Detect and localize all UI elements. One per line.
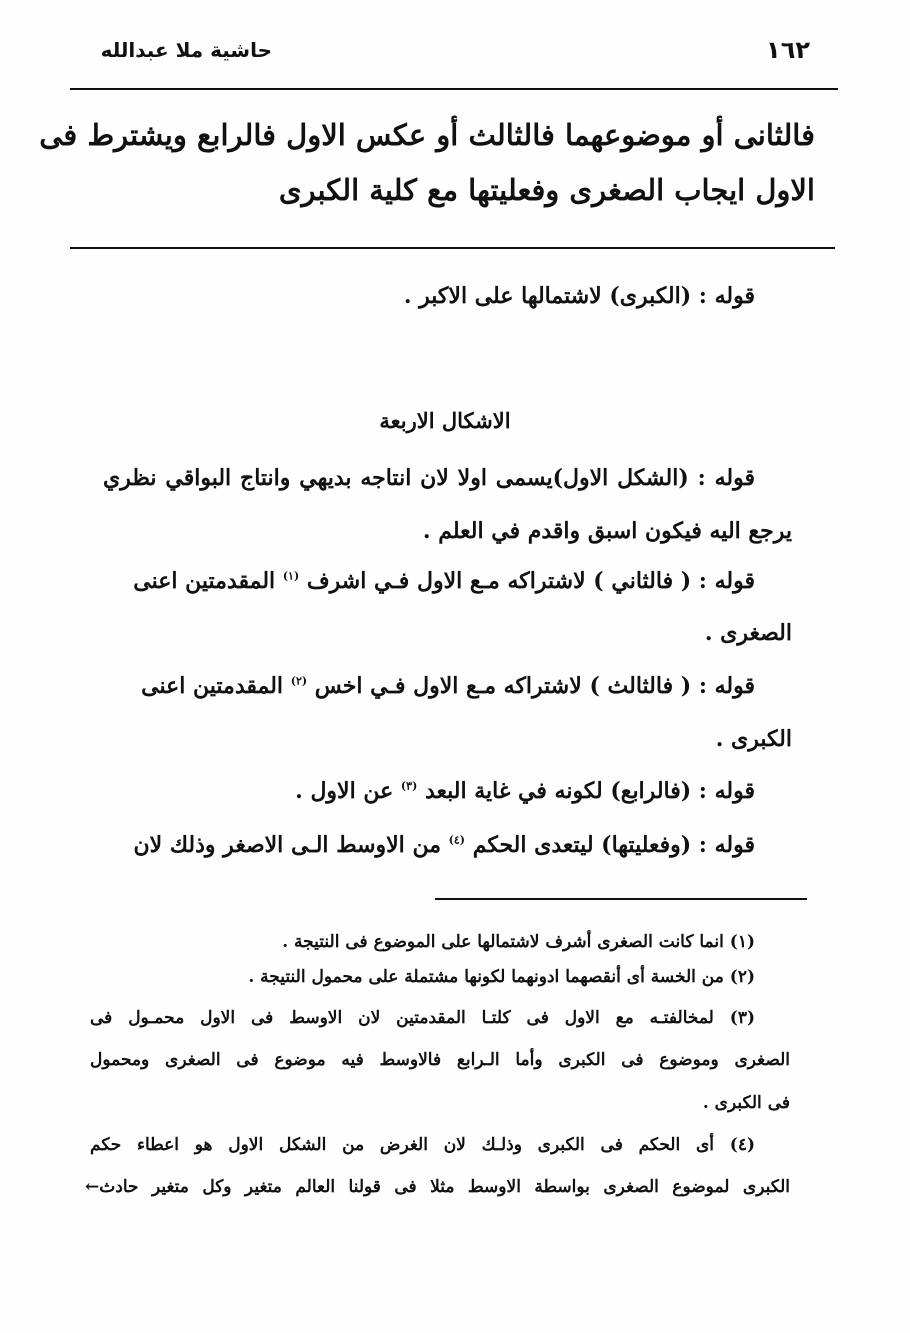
footnote-ref-1[interactable]: (١) bbox=[283, 570, 299, 583]
section-heading: الاشكال الاربعة bbox=[330, 408, 560, 433]
book-page: حاشية ملا عبدالله ١٦٢ فالثانى أو موضوعهم… bbox=[0, 0, 910, 1333]
footnote-number: (٤) bbox=[730, 1135, 755, 1155]
footnote-ref-2[interactable]: (٢) bbox=[291, 675, 307, 688]
qawluhu-keyword: قوله bbox=[715, 283, 755, 309]
running-title: حاشية ملا عبدالله bbox=[112, 38, 272, 62]
matn-line-2: الاول ايجاب الصغرى وفعليتها مع كلية الكب… bbox=[300, 173, 815, 207]
comment-shakl-awwal-line-2: يرجع اليه فيكون اسبق واقدم في العلم . bbox=[380, 518, 792, 544]
qawluhu-keyword: قوله bbox=[715, 778, 755, 804]
qawluhu-keyword: قوله bbox=[715, 465, 755, 491]
header-divider bbox=[70, 88, 838, 90]
footnote-ref-3[interactable]: (٣) bbox=[401, 780, 417, 793]
qawluhu-keyword: قوله bbox=[715, 832, 755, 858]
comment-shakl-awwal-line-1: قوله : (الشكل الاول)يسمى اولا لان انتاجه… bbox=[103, 465, 755, 491]
comment-thani-line-1: قوله : ( فالثاني ) لاشتراكه مـع الاول فـ… bbox=[100, 568, 755, 594]
comment-kubra: قوله : (الكبرى) لاشتمالها على الاكبر . bbox=[300, 283, 755, 309]
footnote-number: (٢) bbox=[730, 967, 755, 987]
footnote-4-line-1: (٤) أى الحكم فى الكبرى وذلـك لان الغرض م… bbox=[90, 1135, 755, 1155]
comment-filiyyatuha: قوله : (وفعليتها) ليتعدى الحكم (٤) من ال… bbox=[95, 832, 755, 858]
matn-divider bbox=[70, 247, 835, 249]
footnote-2: (٢) من الخسة أى أنقصهما ادونهما لكونها م… bbox=[150, 967, 755, 987]
footnote-number: (٣) bbox=[730, 1008, 755, 1028]
comment-thalith-line-2: الكبرى . bbox=[640, 726, 792, 752]
footnote-ref-4[interactable]: (٤) bbox=[449, 834, 465, 847]
qawluhu-keyword: قوله bbox=[715, 568, 755, 594]
matn-line-1: فالثانى أو موضوعهما فالثالث أو عكس الاول… bbox=[100, 118, 815, 152]
footnote-separator bbox=[435, 898, 807, 900]
comment-text: : (الشكل الاول)يسمى اولا لان انتاجه بديه… bbox=[103, 465, 706, 491]
qawluhu-keyword: قوله bbox=[715, 673, 755, 699]
footnote-3-line-1: (٣) لمخالفتـه مع الاول فى كلتـا المقدمتي… bbox=[90, 1008, 755, 1028]
footnote-3-line-2: الصغرى وموضوع فى الكبرى وأما الـرابع فال… bbox=[90, 1050, 790, 1070]
comment-thani-line-2: الصغرى . bbox=[640, 620, 792, 646]
comment-rabi: قوله : (فالرابع) لكونه في غاية البعد (٣)… bbox=[250, 778, 755, 804]
footnote-number: (١) bbox=[730, 932, 755, 952]
footnote-4-line-2: الكبرى لموضوع الصغرى بواسطة الاوسط مثلا … bbox=[85, 1177, 790, 1197]
comment-thalith-line-1: قوله : ( فالثالث ) لاشتراكه مـع الاول فـ… bbox=[100, 673, 755, 699]
page-number: ١٦٢ bbox=[740, 36, 810, 64]
footnote-1: (١) انما كانت الصغرى أشرف لاشتمالها على … bbox=[180, 932, 755, 952]
footnote-3-line-3: فى الكبرى . bbox=[640, 1093, 790, 1113]
comment-text: : (الكبرى) لاشتمالها على الاكبر . bbox=[404, 283, 707, 309]
